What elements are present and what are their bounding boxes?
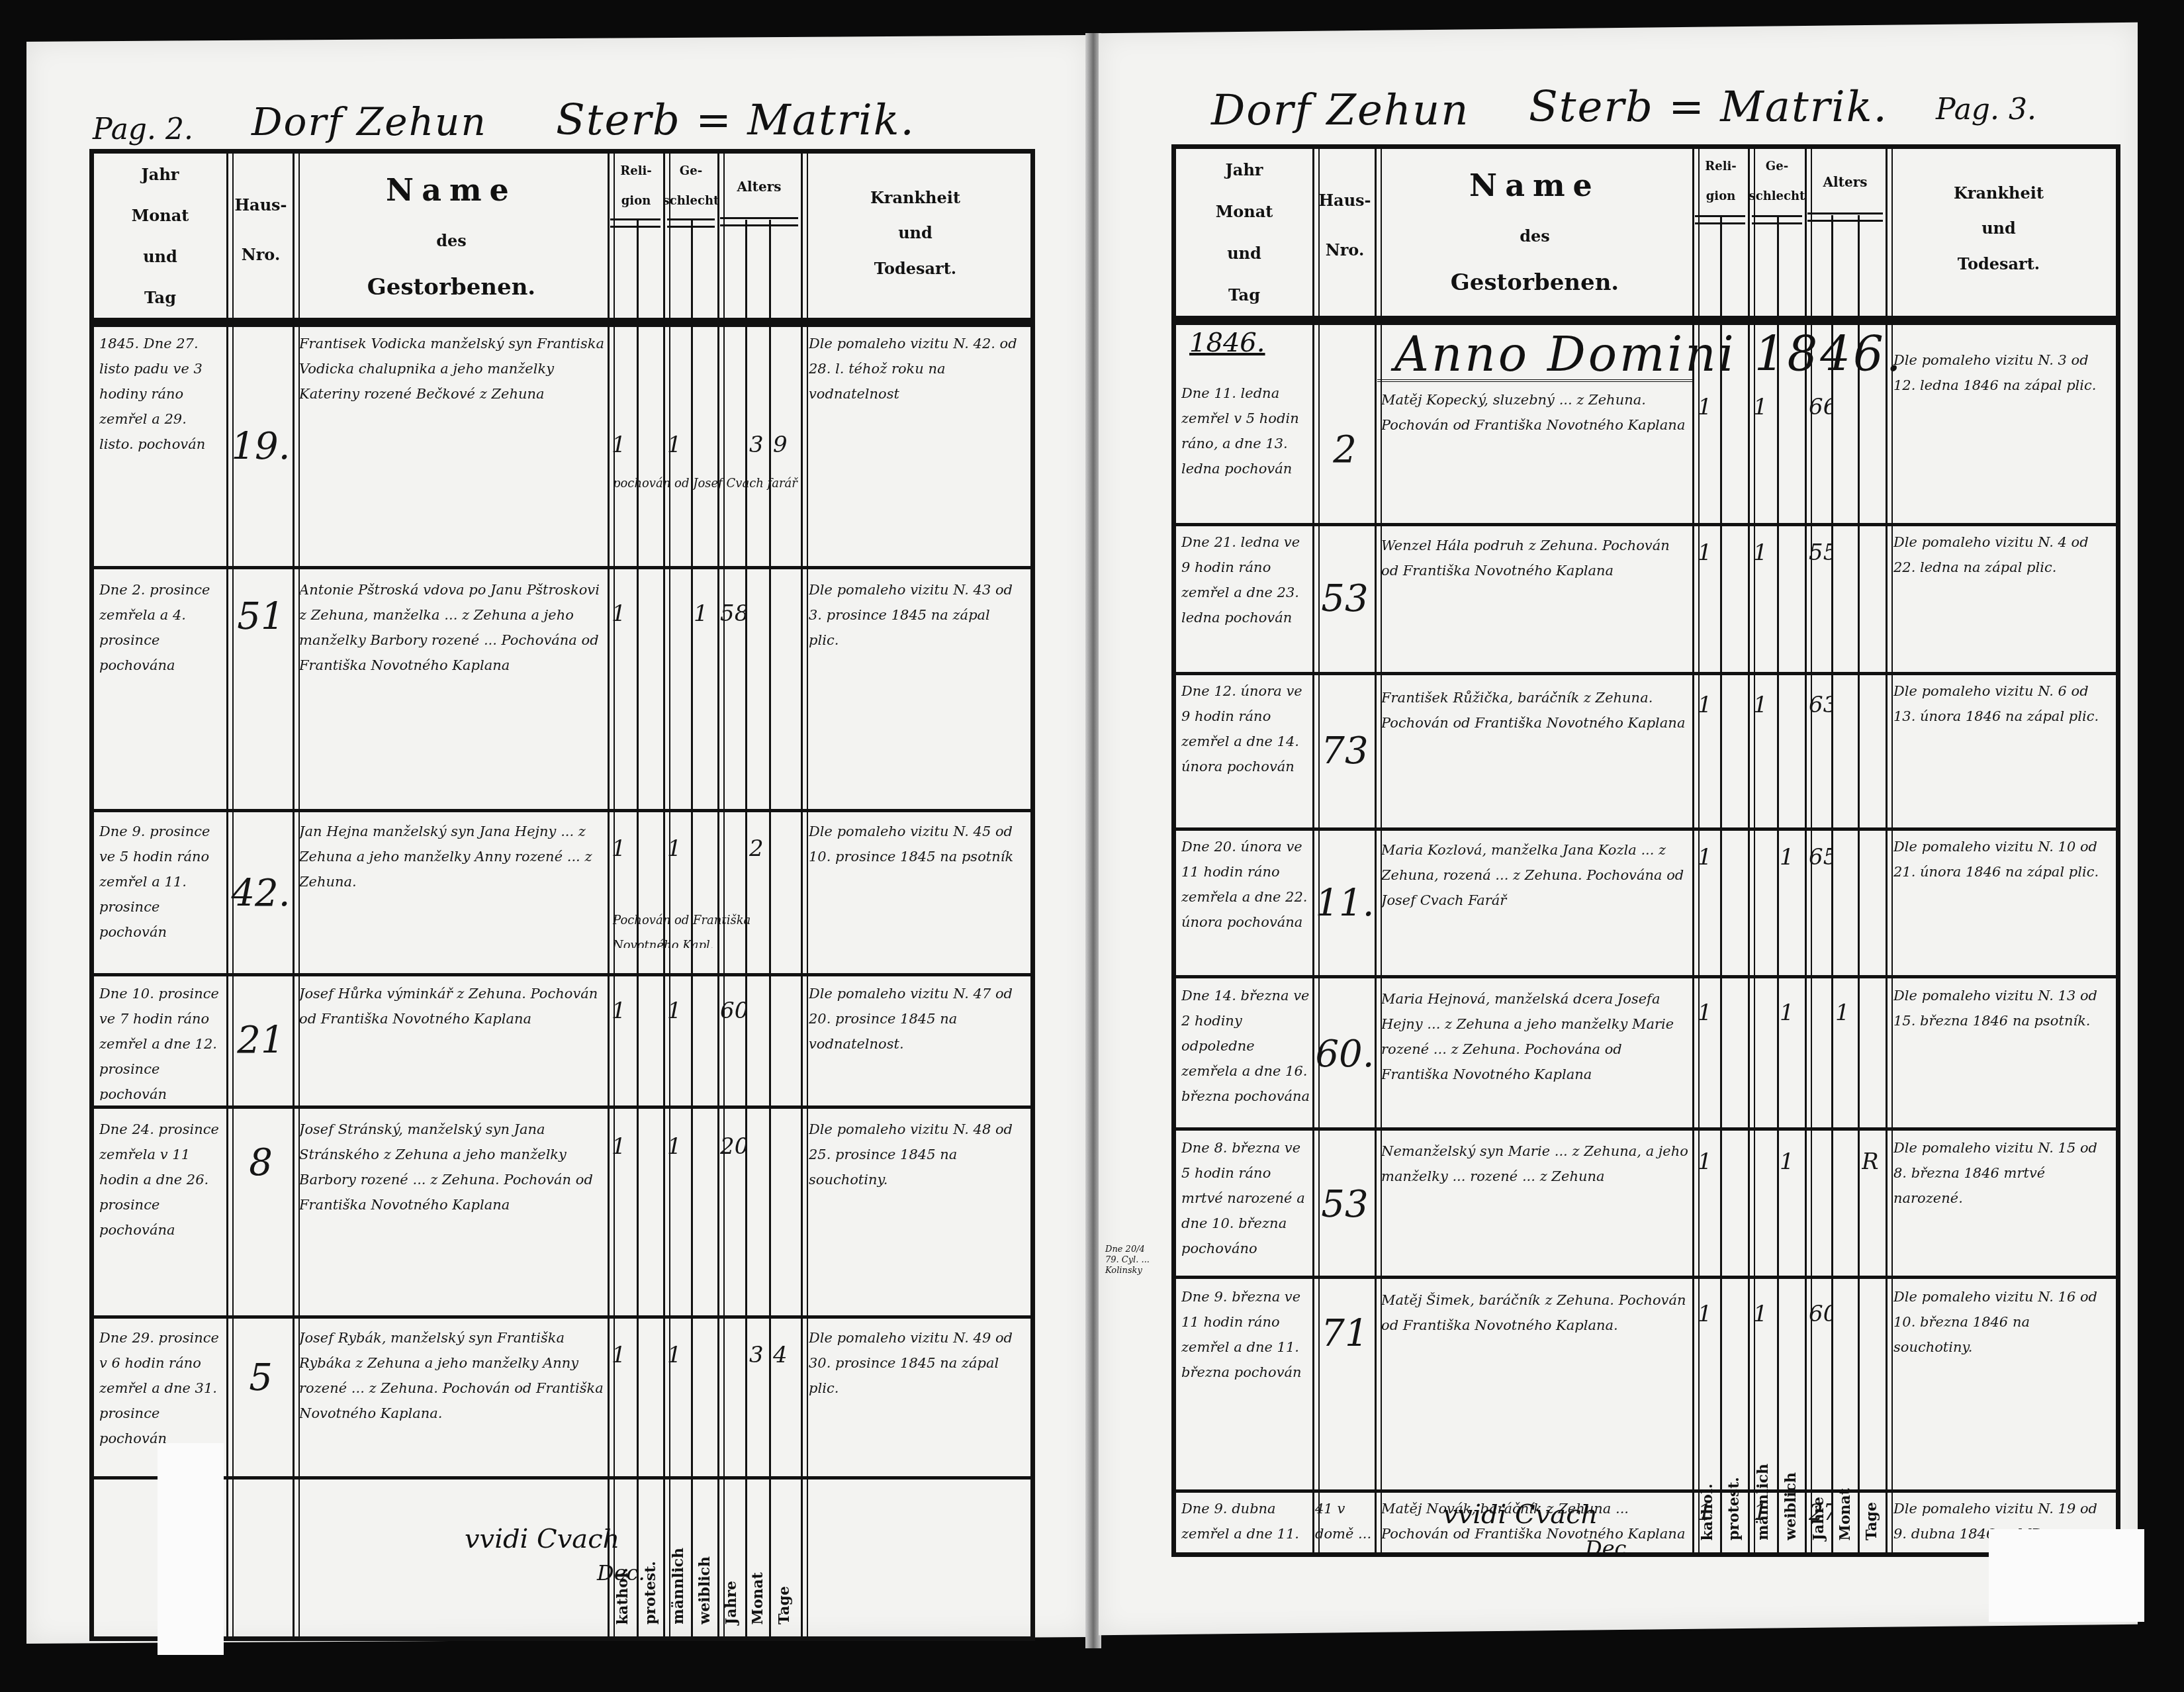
entry-name: Wenzel Hála podruh z Zehuna. Pochován od…: [1381, 533, 1690, 665]
header-years: Jahre: [723, 1581, 740, 1624]
entry-years: 55: [1809, 540, 1833, 566]
entry-date: Dne 12. února ve 9 hodin ráno zemřel a d…: [1181, 679, 1311, 824]
header-religion: Reli- gion: [1695, 152, 1747, 211]
entry-kathol: 1: [1698, 394, 1719, 420]
entry-kathol: 1: [612, 432, 635, 458]
entry-kathol: 1: [1698, 692, 1719, 718]
entry-kathol: 1: [612, 835, 635, 862]
header-name-title: Name: [386, 172, 517, 208]
sex-subbar: [1752, 215, 1802, 224]
header-date-monat: Monat: [132, 206, 189, 225]
margin-note: Dne 20/4 79. Cyl. ... Kolinsky: [1105, 1245, 1152, 1276]
entry-days: R: [1862, 1149, 1883, 1175]
header-house: Haus- Nro.: [229, 180, 293, 279]
entry-name: Matěj Šimek, baráčník z Zehuna. Pochován…: [1381, 1288, 1690, 1486]
entry-male: 1: [667, 432, 691, 458]
row-divider: [94, 809, 1030, 812]
col-divider: [608, 154, 615, 1636]
entry-house-no: 19.: [229, 331, 293, 563]
entry-cause: Dle pomaleho vizitu N. 45 od 10. prosinc…: [809, 819, 1024, 968]
header-date-monat: Monat: [1216, 202, 1273, 221]
entry-name: Maria Kozlová, manželka Jana Kozla ... z…: [1381, 837, 1690, 970]
entry-cause: Dle pomaleho vizitu N. 3 od 12. ledna 18…: [1893, 348, 2107, 520]
entry-years: 3: [749, 1342, 769, 1368]
entry-house-no: 5: [229, 1325, 293, 1431]
entry-months: 3: [749, 432, 769, 458]
header-date-und: und: [143, 247, 177, 266]
entry-date: Dne 8. března ve 5 hodin ráno mrtvé naro…: [1181, 1135, 1311, 1274]
entry-date: 1845. Dne 27. listo padu ve 3 hodiny rán…: [99, 331, 224, 563]
header-religion-2: gion: [1706, 189, 1736, 203]
entry-cause: Dle pomaleho vizitu N. 48 od 25. prosinc…: [809, 1117, 1024, 1309]
page-label-right: Pag. 3.: [1936, 93, 2036, 126]
entry-female: 1: [1780, 1149, 1801, 1175]
entry-cause: Dle pomaleho vizitu N. 42. od 28. l. téh…: [809, 331, 1024, 563]
entry-male: 1: [667, 998, 691, 1024]
header-sex-1: Ge-: [680, 164, 702, 178]
entry-female: 1: [1780, 844, 1801, 870]
entry-date: Dne 9. dubna zemřel a dne 11. dubna poch…: [1181, 1496, 1311, 1549]
entry-note: pochován od Josef Cvach farář: [613, 471, 798, 544]
entry-house-no: 53: [1315, 1135, 1375, 1274]
entry-cause: Dle pomaleho vizitu N. 49 od 30. prosinc…: [809, 1325, 1024, 1471]
entry-cause: Dle pomaleho vizitu N. 47 od 20. prosinc…: [809, 981, 1024, 1100]
header-religion-1: Reli-: [620, 164, 652, 178]
header-days: Tage: [776, 1586, 793, 1624]
header-sex: Ge- schlecht: [666, 156, 716, 216]
header-male: männlich: [670, 1548, 687, 1624]
entry-date: Dne 21. ledna ve 9 hodin ráno zemřel a d…: [1181, 530, 1311, 669]
header-cause: Krankheit und Todesart.: [1889, 175, 2108, 281]
row-divider: [94, 1315, 1030, 1319]
entry-date: Dne 9. prosince ve 5 hodin ráno zemřel a…: [99, 819, 224, 968]
header-date-tag: Tag: [1228, 285, 1260, 305]
religion-subbar: [1695, 215, 1745, 224]
header-house-nro: Nro.: [1326, 240, 1365, 259]
header-cause-3: Todesart.: [874, 259, 956, 278]
header-age-label: Alters: [1823, 174, 1868, 190]
header-religion: Reli- gion: [610, 156, 662, 216]
entry-date: Dne 9. března ve 11 hodin ráno zemřel a …: [1181, 1284, 1311, 1486]
entry-years: 20: [720, 1133, 747, 1160]
row-divider: [94, 1105, 1030, 1109]
entry-cause: Dle pomaleho vizitu N. 4 od 22. ledna na…: [1893, 530, 2107, 669]
entry-name: Josef Stránský, manželský syn Jana Strán…: [299, 1117, 605, 1309]
header-date: Jahr Monat und Tag: [1176, 149, 1312, 316]
entry-house-no: 2: [1315, 381, 1375, 520]
entry-kathol: 1: [612, 600, 635, 627]
row-divider: [1176, 1127, 2116, 1131]
header-religion-2: gion: [621, 194, 651, 208]
header-cause-2: und: [898, 223, 933, 242]
header-name-deceased: Gestorbenen.: [1451, 269, 1619, 296]
row-divider: [1176, 523, 2116, 526]
header-protest: protest.: [1725, 1477, 1743, 1540]
entry-cause: Dle pomaleho vizitu N. 10 od 21. února 1…: [1893, 834, 2107, 973]
entry-male: 1: [1753, 1301, 1774, 1327]
entry-house-no: 21: [229, 981, 293, 1100]
entry-date: Dne 2. prosince zemřela a 4. prosince po…: [99, 577, 224, 802]
header-sex-1: Ge-: [1766, 160, 1788, 173]
header-house-nro: Nro.: [242, 245, 281, 264]
entry-name: František Růžička, baráčník z Zehuna. Po…: [1381, 685, 1690, 824]
year-heading: 1846.: [1189, 328, 1265, 358]
entry-date: Dne 10. prosince ve 7 hodin ráno zemřel …: [99, 981, 224, 1100]
header-name-des: des: [1520, 226, 1550, 246]
header-cause-1: Krankheit: [1954, 183, 2044, 203]
entry-male: 1: [1753, 1499, 1774, 1526]
register-title-left: Sterb = Matrik.: [556, 96, 915, 145]
entry-date: Dne 14. března ve 2 hodiny odpoledne zem…: [1181, 983, 1311, 1125]
religion-subbar: [610, 218, 660, 228]
row-divider: [1176, 975, 2116, 978]
entry-male: 1: [1753, 540, 1774, 566]
entry-months: 1: [1835, 1000, 1856, 1026]
col-divider: [801, 154, 808, 1636]
entry-male: 1: [667, 1133, 691, 1160]
header-religion-1: Reli-: [1705, 160, 1737, 173]
village-title-left: Dorf Zehun: [251, 99, 487, 144]
row-divider: [94, 1476, 1030, 1480]
anno-underline: [1377, 379, 1692, 382]
entry-kathol: 1: [1698, 540, 1719, 566]
entry-years: 60: [720, 998, 747, 1024]
header-days: Tage: [1863, 1502, 1880, 1540]
entry-date: Dne 20. února ve 11 hodin ráno zemřela a…: [1181, 834, 1311, 973]
col-divider: [1858, 215, 1860, 1552]
entry-cause: Dle pomaleho vizitu N. 15 od 8. března 1…: [1893, 1135, 2107, 1274]
entry-years: 65: [1809, 844, 1833, 870]
entry-name: Maria Hejnová, manželská dcera Josefa He…: [1381, 986, 1690, 1122]
header-months: Monat: [749, 1572, 766, 1624]
entry-months: 4: [773, 1342, 799, 1368]
entry-cause: Dle pomaleho vizitu N. 16 od 10. března …: [1893, 1284, 2107, 1486]
header-date: Jahr Monat und Tag: [94, 154, 226, 318]
header-house-haus: Haus-: [1318, 191, 1371, 210]
entry-years: 27: [1809, 1499, 1833, 1526]
entry-male: 1: [1753, 394, 1774, 420]
header-date-tag: Tag: [144, 288, 176, 307]
header-house-haus: Haus-: [234, 195, 287, 214]
col-divider: [663, 154, 670, 1636]
header-date-und: und: [1227, 244, 1261, 263]
entry-cause: Dle pomaleho vizitu N. 43 od 3. prosince…: [809, 577, 1024, 802]
page-label-left: Pag. 2.: [93, 113, 193, 146]
age-subbar: [1807, 212, 1883, 222]
entry-house-no: 41 v domě ...: [1315, 1496, 1375, 1549]
header-months: Monat: [1837, 1488, 1854, 1540]
entry-male: 1: [1753, 692, 1774, 718]
row-divider: [94, 566, 1030, 569]
entry-kathol: 1: [1698, 1499, 1719, 1526]
col-divider: [1720, 215, 1722, 1552]
signature-dec: Dec.: [597, 1560, 645, 1585]
entry-name: Antonie Pštroská vdova po Janu Pštroskov…: [299, 577, 605, 802]
entry-years: 63: [1809, 692, 1833, 718]
entry-note: Pochován od Františka Novotného Kapl.: [613, 908, 805, 948]
col-divider: [1777, 215, 1779, 1552]
signature-dec-right: Dec.: [1585, 1536, 1633, 1561]
entry-kathol: 1: [612, 998, 635, 1024]
header-female: weiblich: [1782, 1472, 1799, 1540]
entry-house-no: 60.: [1315, 983, 1375, 1125]
entry-date: Dne 24. prosince zemřela v 11 hodin a dn…: [99, 1117, 224, 1309]
header-cause-2: und: [1981, 218, 2016, 238]
header-divider: [94, 318, 1030, 327]
entry-male: 1: [667, 1342, 691, 1368]
row-divider: [1176, 827, 2116, 831]
entry-kathol: 1: [612, 1342, 635, 1368]
entry-house-no: 11.: [1315, 834, 1375, 973]
entry-cause: Dle pomaleho vizitu N. 13 od 15. března …: [1893, 983, 2107, 1125]
paper-label-patch: [158, 1443, 224, 1655]
header-age: Alters: [720, 167, 798, 207]
entry-cause: Dle pomaleho vizitu N. 6 od 13. února 18…: [1893, 679, 2107, 824]
col-divider: [717, 154, 725, 1636]
header-cause: Krankheit und Todesart.: [805, 180, 1026, 286]
entry-years: 60: [1809, 1301, 1833, 1327]
entry-kathol: 1: [1698, 1301, 1719, 1327]
paper-corner-patch: [1989, 1529, 2144, 1622]
row-divider: [1176, 672, 2116, 675]
header-name-des: des: [436, 231, 467, 250]
entry-female: 1: [1780, 1000, 1801, 1026]
entry-kathol: 1: [1698, 1000, 1719, 1026]
header-age: Alters: [1807, 162, 1883, 202]
death-register-table-right: Jahr Monat und Tag Haus- Nro. Name des G…: [1171, 144, 2120, 1557]
header-sex: Ge- schlecht: [1751, 152, 1803, 211]
death-register-table-left: Jahr Monat und Tag Haus- Nro. Name des G…: [89, 149, 1035, 1641]
register-title-right: Sterb = Matrik.: [1529, 83, 1888, 132]
entry-house-no: 73: [1315, 679, 1375, 824]
header-age-label: Alters: [737, 179, 782, 195]
header-name: Name des Gestorbenen.: [295, 160, 608, 312]
entry-name: Nemanželský syn Marie ... z Zehuna, a je…: [1381, 1139, 1690, 1271]
entry-male: 1: [667, 835, 691, 862]
header-female: weiblich: [696, 1556, 713, 1624]
row-divider: [1176, 1276, 2116, 1279]
entry-name: Josef Rybák, manželský syn Františka Ryb…: [299, 1325, 605, 1471]
header-house: Haus- Nro.: [1315, 175, 1375, 275]
anno-domini-heading: Anno Domini 1846.: [1394, 326, 1904, 382]
header-name: Name des Gestorbenen.: [1377, 156, 1692, 308]
entry-name: Matěj Kopecký, sluzebný ... z Zehuna. Po…: [1381, 387, 1690, 520]
entry-years: 58: [720, 600, 747, 627]
header-sex-2: schlecht: [663, 194, 719, 208]
entry-kathol: 1: [1698, 1149, 1719, 1175]
header-sex-2: schlecht: [1749, 189, 1805, 203]
entry-years: 66: [1809, 394, 1833, 420]
header-cause-3: Todesart.: [1958, 254, 2040, 273]
signature-vidi-right: vvidi Cvach: [1443, 1499, 1598, 1530]
entry-name: Frantisek Vodicka manželský syn Frantisk…: [299, 331, 605, 563]
signature-vidi: vvidi Cvach: [465, 1524, 619, 1554]
row-divider: [94, 973, 1030, 976]
age-subbar: [720, 217, 798, 226]
entry-months: 2: [749, 835, 769, 862]
header-date-jahr: Jahr: [142, 165, 179, 184]
header-name-deceased: Gestorbenen.: [367, 274, 535, 301]
entry-female: 1: [694, 600, 717, 627]
sex-subbar: [667, 218, 715, 228]
entry-house-no: 53: [1315, 530, 1375, 669]
entry-days: 9: [773, 432, 799, 458]
entry-name: Jan Hejna manželský syn Jana Hejny ... z…: [299, 819, 605, 968]
row-divider: [1176, 1489, 2116, 1493]
entry-house-no: 71: [1315, 1284, 1375, 1384]
entry-name: Josef Hůrka výminkář z Zehuna. Pochován …: [299, 981, 605, 1100]
village-title-right: Dorf Zehun: [1211, 86, 1469, 135]
entry-house-no: 51: [229, 577, 293, 657]
entry-date: Dne 11. ledna zemřel v 5 hodin ráno, a d…: [1181, 381, 1311, 520]
entry-house-no: 8: [229, 1117, 293, 1209]
entry-house-no: 42.: [229, 819, 293, 968]
header-date-jahr: Jahr: [1226, 160, 1263, 179]
header-cause-1: Krankheit: [870, 188, 960, 207]
entry-kathol: 1: [1698, 844, 1719, 870]
entry-kathol: 1: [612, 1133, 635, 1160]
header-name-title: Name: [1469, 167, 1600, 203]
